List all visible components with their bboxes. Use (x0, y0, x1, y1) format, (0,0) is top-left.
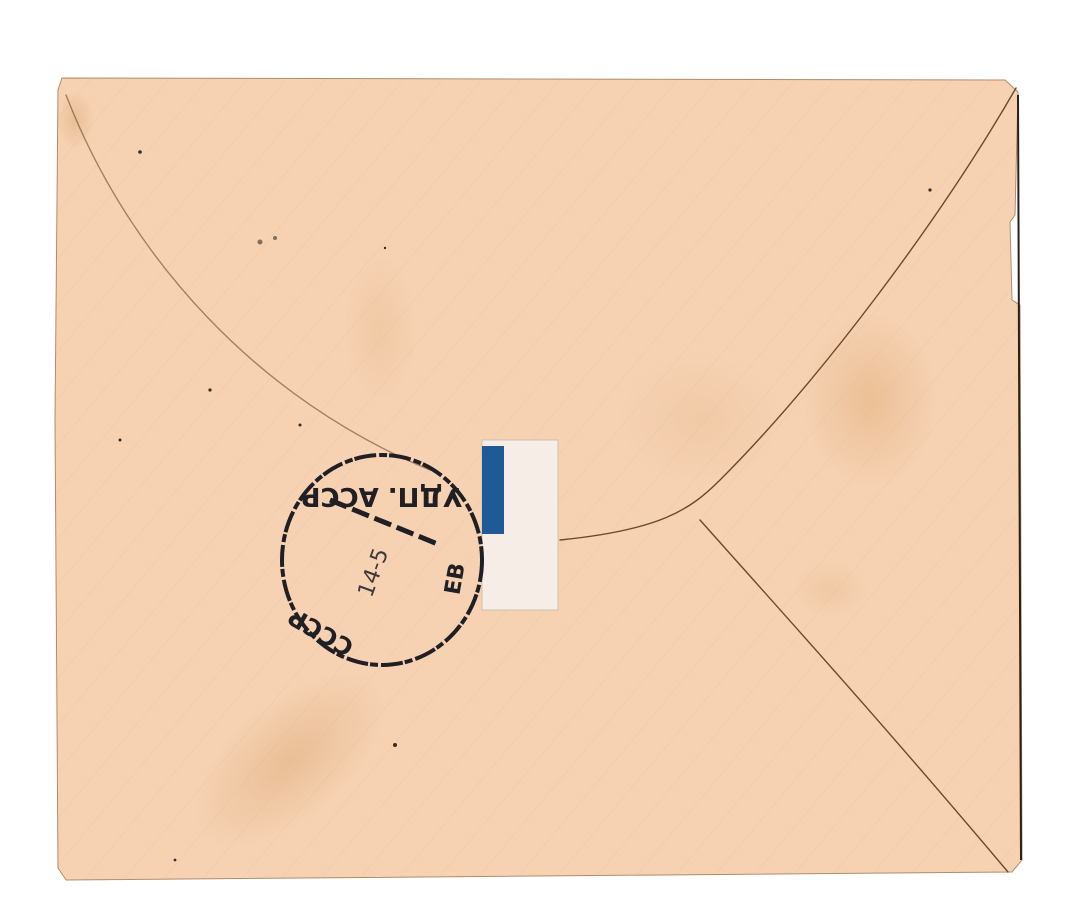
postmark-top-text: УДП. АССР (301, 481, 462, 511)
seal-label (482, 440, 558, 610)
envelope-scan: УДП. АССР ЕВ СССР 14-5 (0, 0, 1068, 905)
envelope-illustration: УДП. АССР ЕВ СССР 14-5 (0, 0, 1068, 905)
